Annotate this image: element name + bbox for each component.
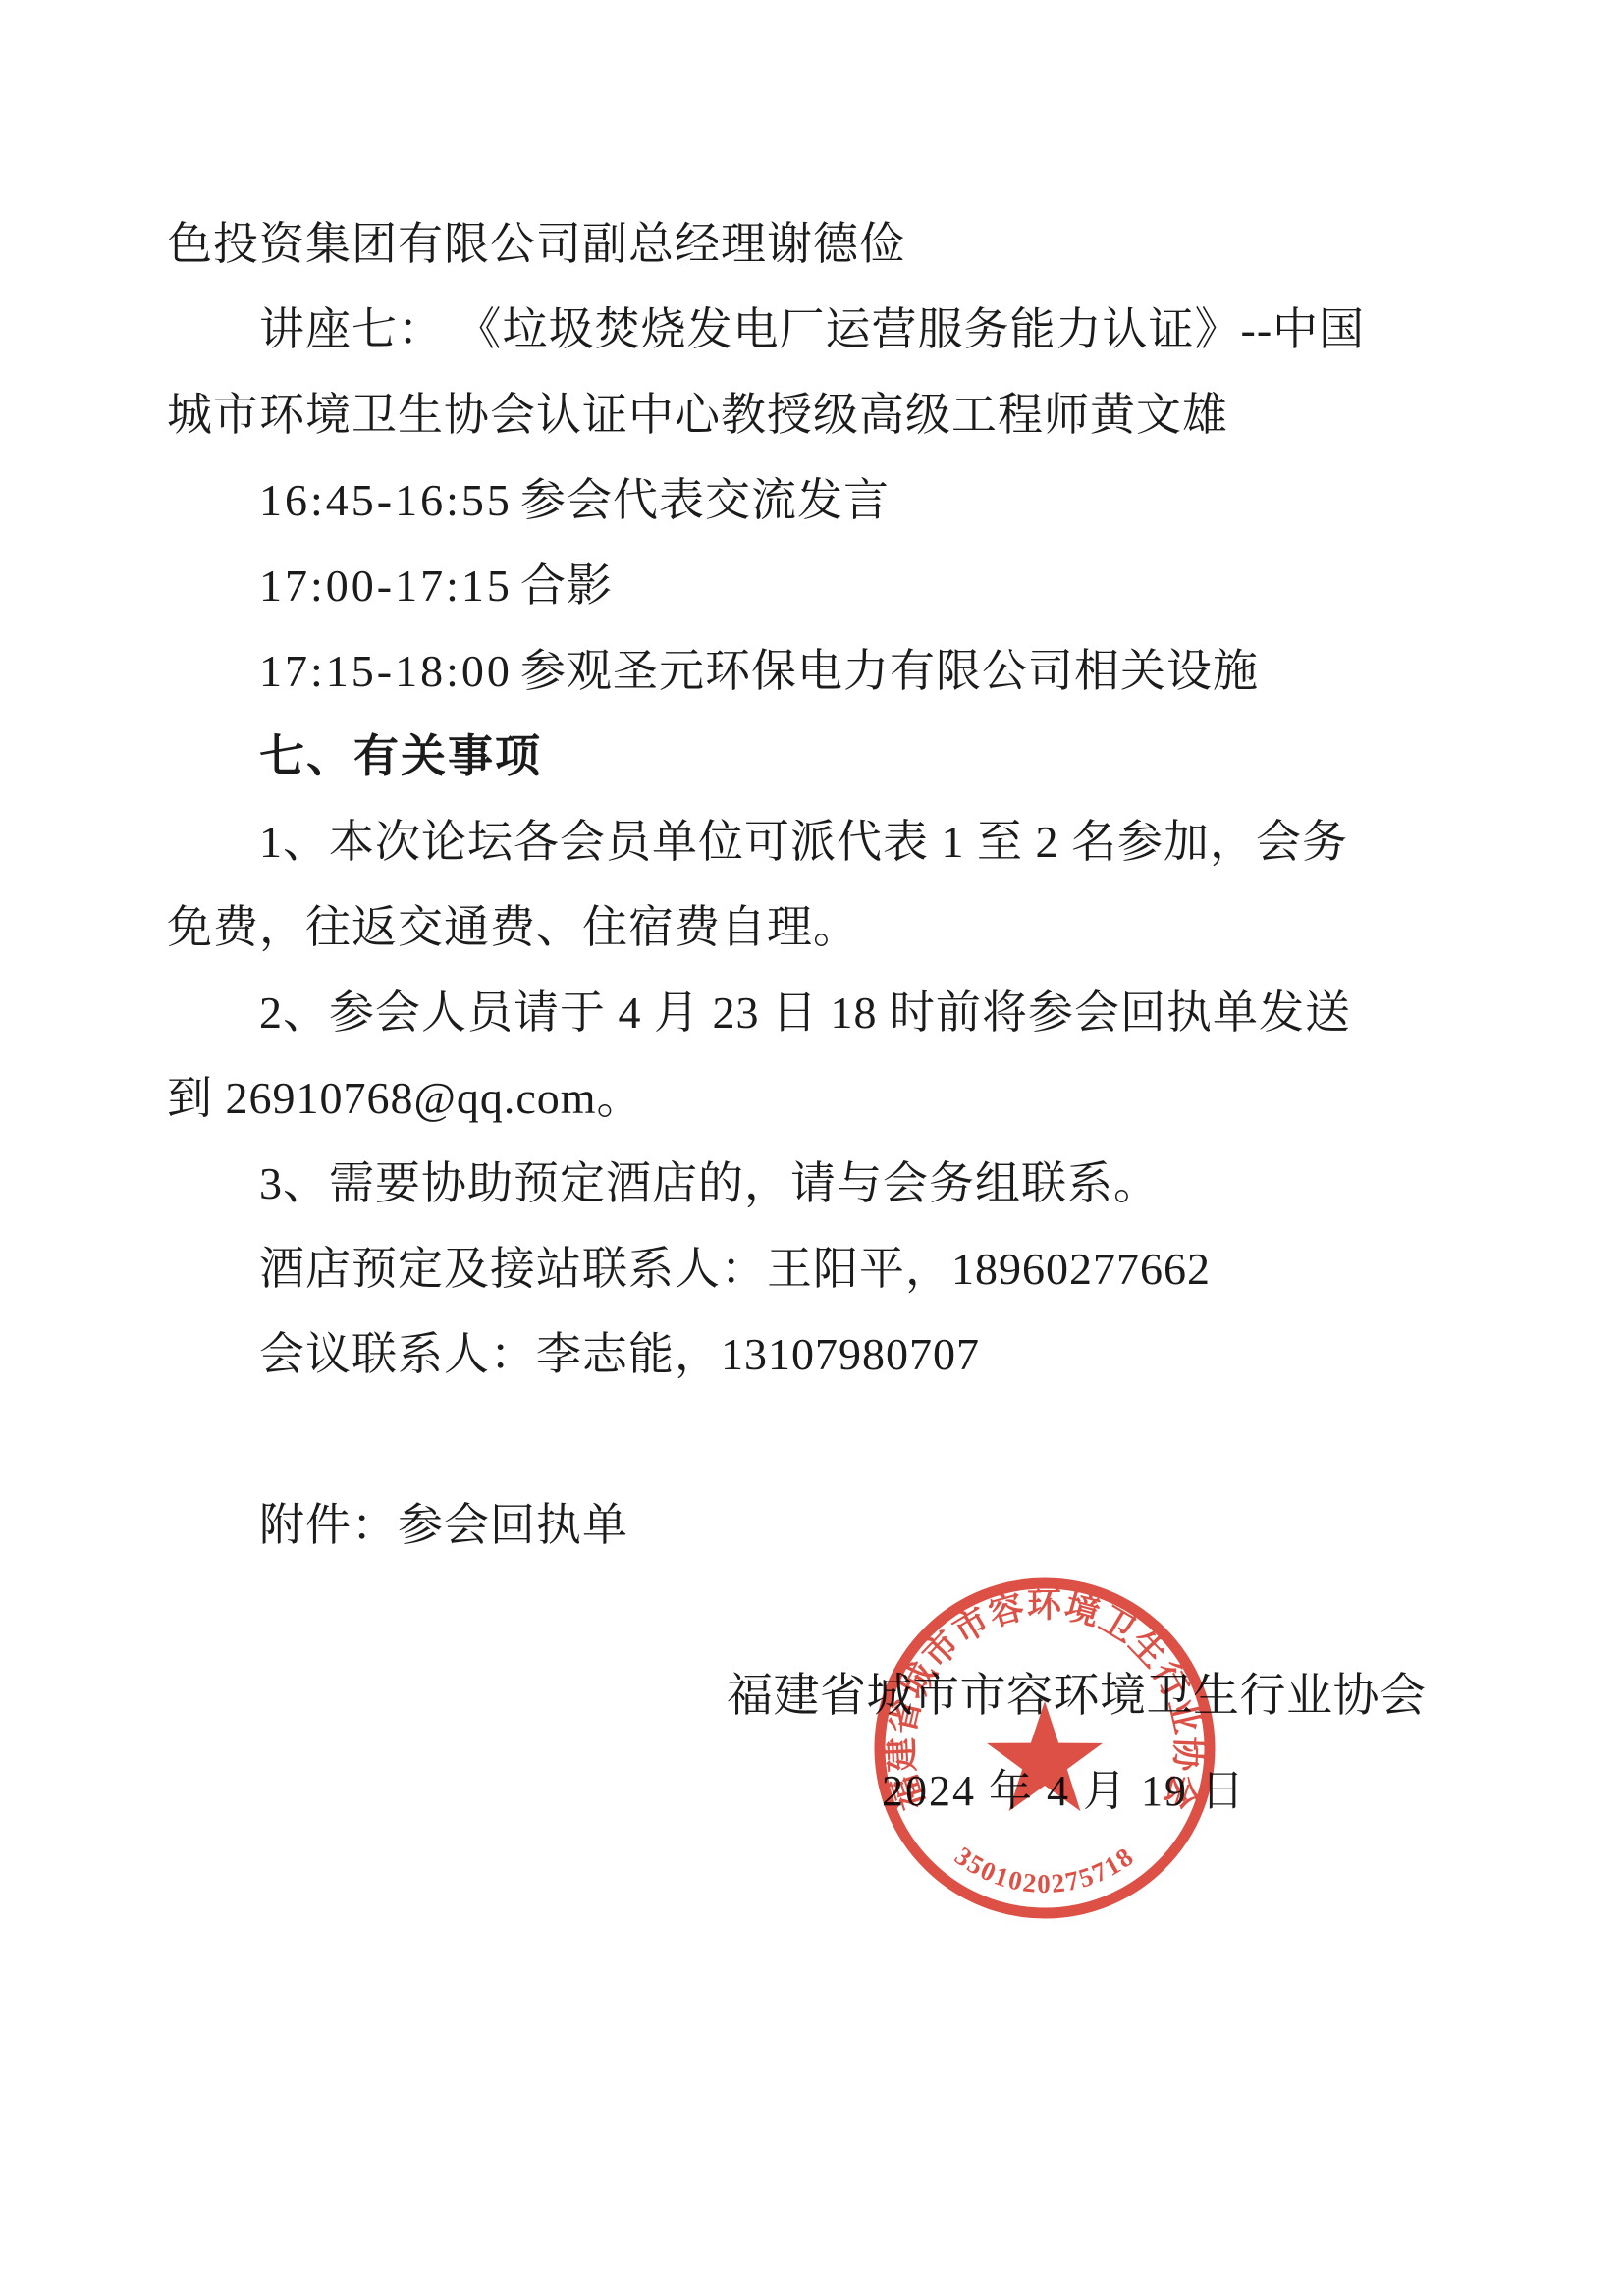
note-line: 免费，往返交通费、住宿费自理。 [167, 884, 1473, 970]
schedule-time: 16:45-16:55 [259, 457, 520, 543]
document-body: 色投资集团有限公司副总经理谢德俭 讲座七： 《垃圾焚烧发电厂运营服务能力认证》-… [167, 201, 1473, 1568]
paragraph-line: 城市环境卫生协会认证中心教授级高级工程师黄文雄 [167, 372, 1473, 457]
schedule-row: 17:15-18:00 参观圣元环保电力有限公司相关设施 [167, 628, 1473, 714]
schedule-row: 16:45-16:55 参会代表交流发言 [167, 457, 1473, 543]
star-icon [987, 1701, 1103, 1811]
paragraph-line: 色投资集团有限公司副总经理谢德俭 [167, 201, 1473, 287]
seal-number-holder: 3501020275718 [949, 1841, 1140, 1898]
schedule-activity: 参观圣元环保电力有限公司相关设施 [520, 628, 1259, 714]
blank-line [167, 1397, 1473, 1482]
schedule-row: 17:00-17:15 合影 [167, 543, 1473, 628]
section-heading: 七、有关事项 [167, 714, 1473, 799]
schedule-activity: 参会代表交流发言 [520, 457, 890, 543]
note-line: 到 26910768@qq.com。 [167, 1055, 1473, 1141]
note-line: 会议联系人：李志能，13107980707 [167, 1311, 1473, 1397]
note-line: 酒店预定及接站联系人：王阳平，18960277662 [167, 1226, 1473, 1311]
note-line: 1、本次论坛各会员单位可派代表 1 至 2 名参加，会务 [167, 799, 1473, 884]
seal-number: 3501020275718 [949, 1841, 1140, 1898]
official-seal: 福建省城市市容环境卫生行业协会 3501020275718 [848, 1552, 1241, 1945]
schedule-time: 17:15-18:00 [259, 628, 520, 714]
note-line: 3、需要协助预定酒店的，请与会务组联系。 [167, 1141, 1473, 1226]
paragraph-line: 讲座七： 《垃圾焚烧发电厂运营服务能力认证》--中国 [167, 287, 1473, 372]
document-page: 色投资集团有限公司副总经理谢德俭 讲座七： 《垃圾焚烧发电厂运营服务能力认证》-… [0, 0, 1624, 2296]
schedule-time: 17:00-17:15 [259, 543, 520, 628]
note-line: 2、参会人员请于 4 月 23 日 18 时前将参会回执单发送 [167, 970, 1473, 1055]
schedule-activity: 合影 [520, 543, 613, 628]
attachment-line: 附件：参会回执单 [167, 1482, 1473, 1568]
